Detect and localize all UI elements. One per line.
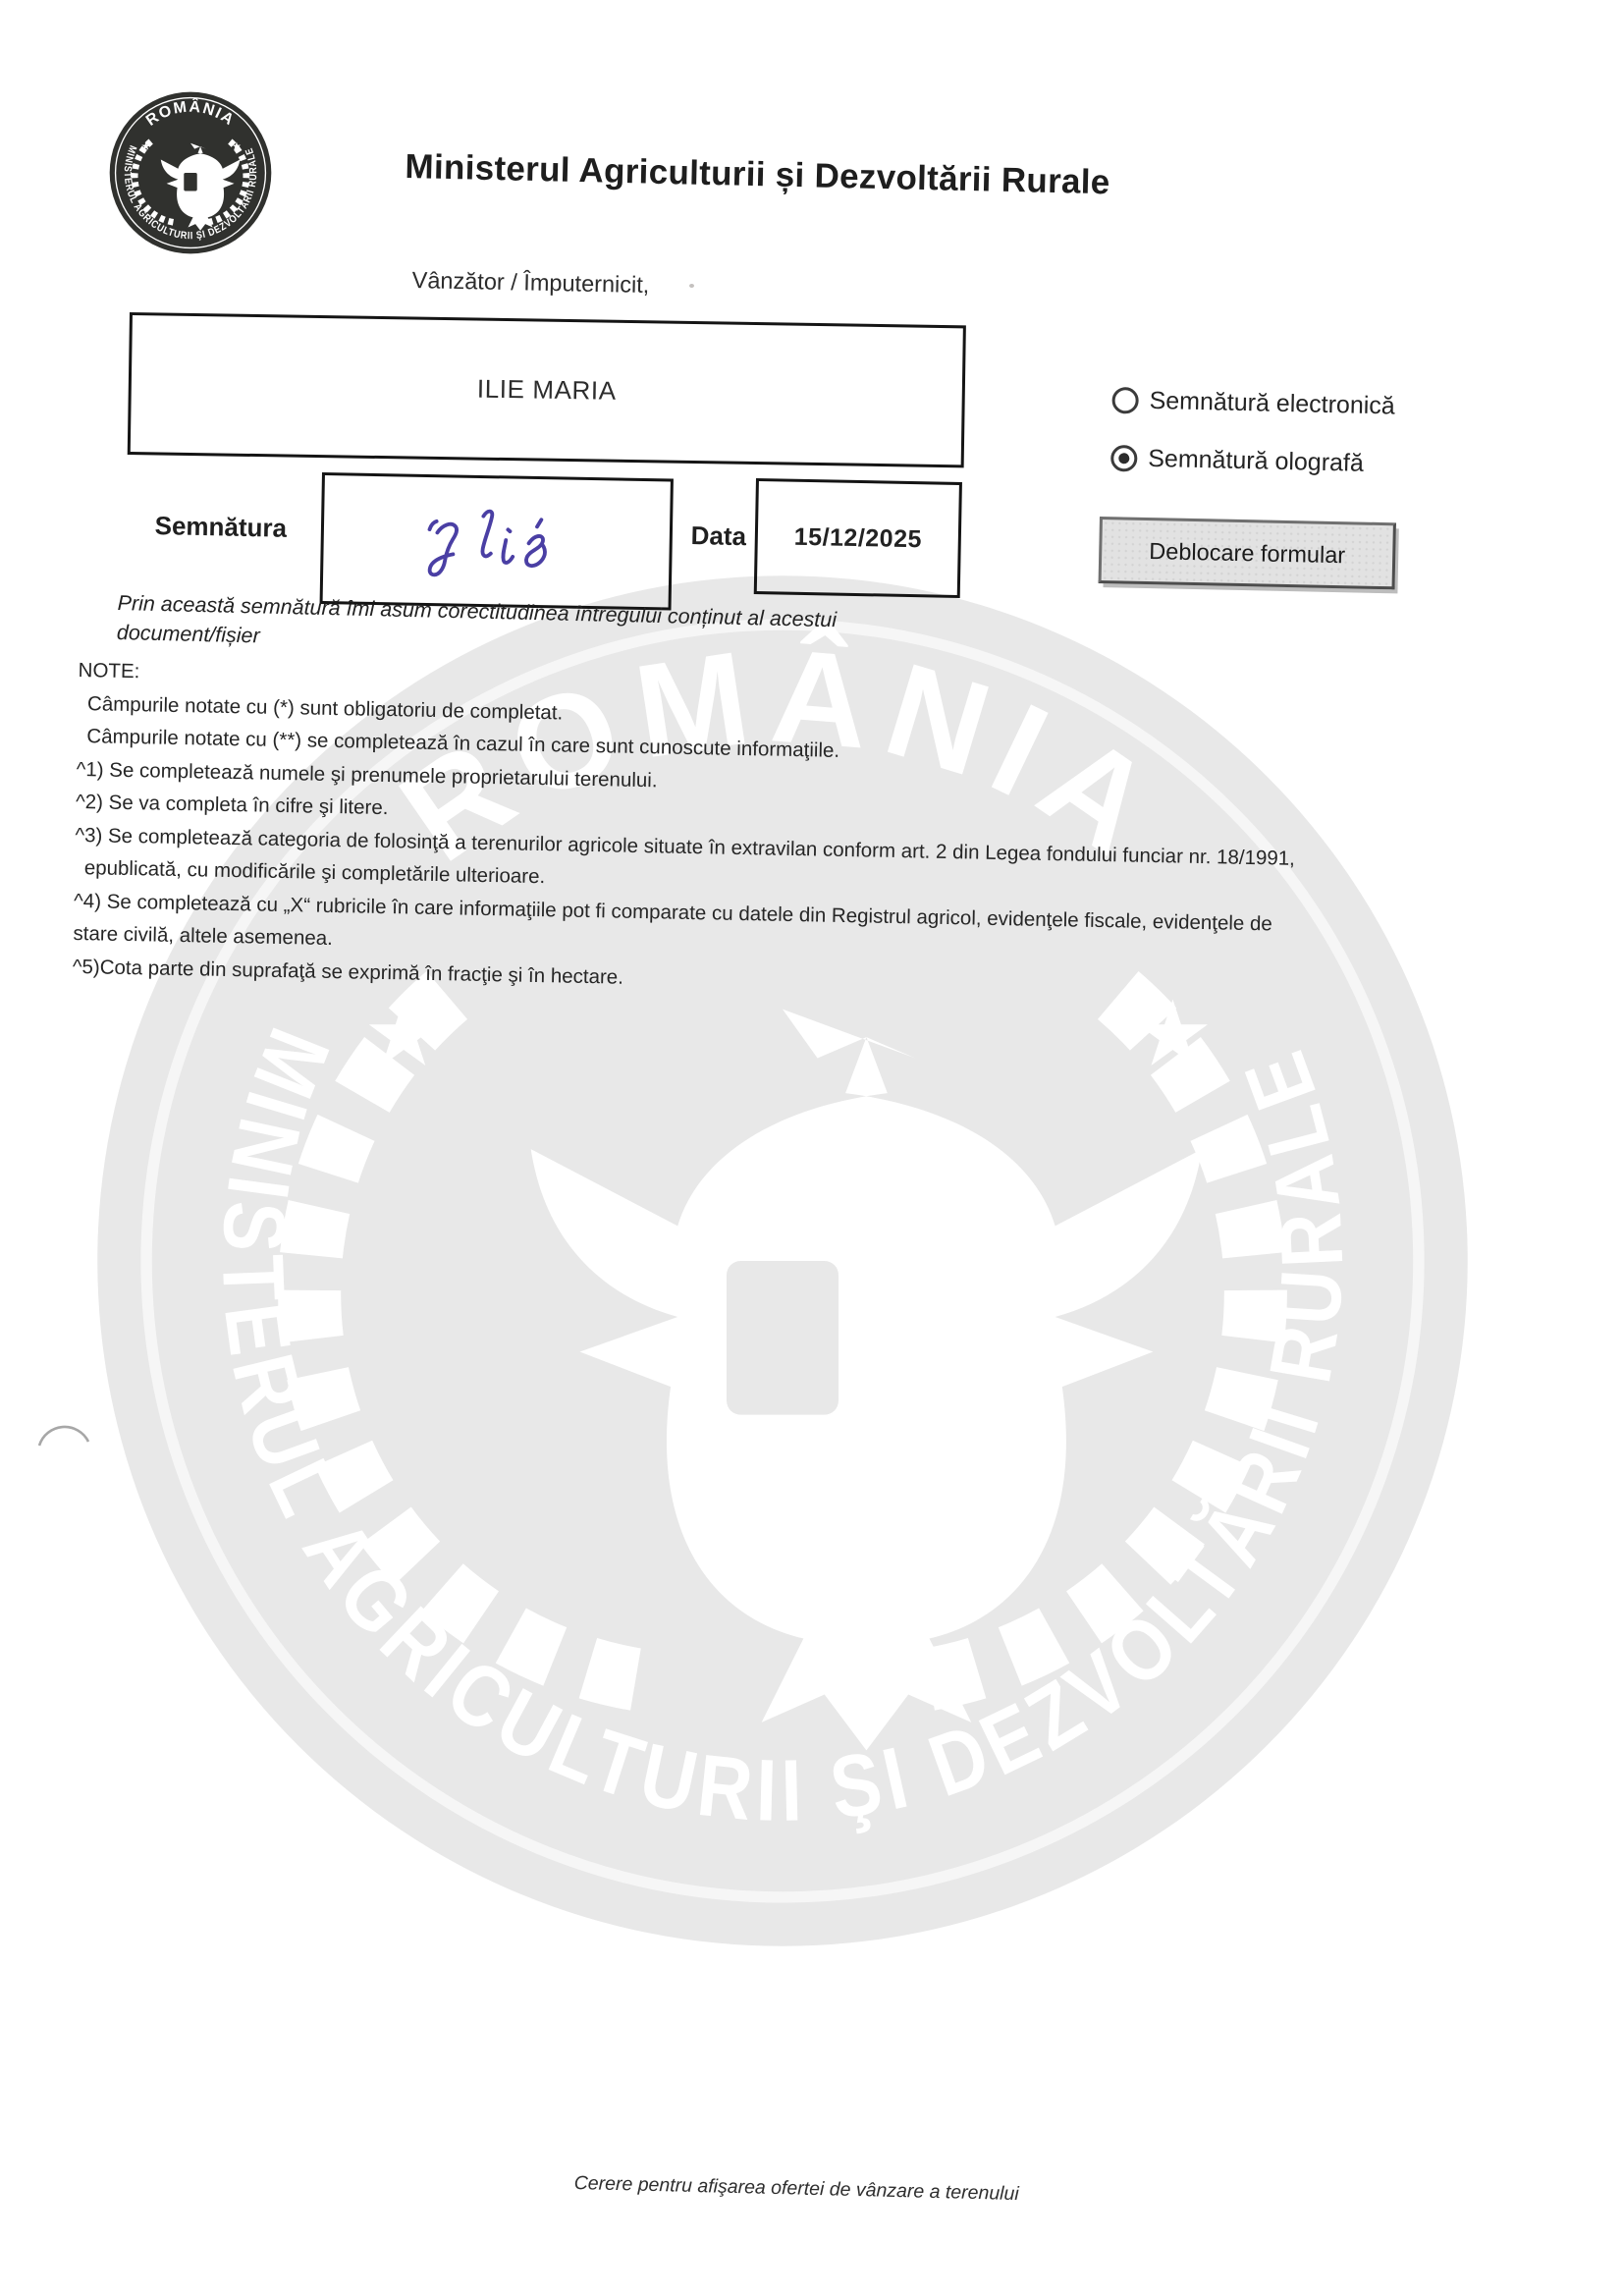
signature-ink xyxy=(402,490,600,597)
pen-mark-artifact xyxy=(35,1418,94,1449)
seller-name-value: ILIE MARIA xyxy=(477,374,617,407)
unlock-form-button-label: Deblocare formular xyxy=(1149,538,1345,569)
footer-caption: Cerere pentru afişarea ofertei de vânzar… xyxy=(573,2172,1019,2206)
seller-role-label: Vânzător / Împuternicit, xyxy=(411,267,649,299)
radio-option-label: Semnătură electronică xyxy=(1149,386,1395,420)
notes-section: NOTE: Câmpurile notate cu (*) sunt oblig… xyxy=(73,654,1299,1007)
seller-name-field[interactable]: ILIE MARIA xyxy=(128,312,966,467)
date-value: 15/12/2025 xyxy=(794,522,923,553)
radio-checked-icon[interactable] xyxy=(1110,444,1138,471)
radio-unchecked-icon[interactable] xyxy=(1111,386,1139,413)
eagle-shield xyxy=(184,173,196,191)
date-label: Data xyxy=(690,520,746,552)
unlock-form-button[interactable]: Deblocare formular xyxy=(1099,517,1396,589)
signature-field[interactable] xyxy=(320,472,674,611)
signature-disclaimer: Prin această semnătură îmi asum corectit… xyxy=(117,588,838,664)
ministry-seal-logo: ROMÂNIA ★ ★ MINISTERUL AGRICULTURII ŞI D… xyxy=(108,90,273,255)
signature-type-group: Semnătură electronică Semnătură olografă xyxy=(1109,385,1395,508)
date-field[interactable]: 15/12/2025 xyxy=(754,478,962,598)
scanned-form-page: ROMÂNIA ★ ★ MINISTERUL AGRICULTURII ŞI D… xyxy=(0,0,1623,2296)
radio-option-semnatura-electronica[interactable]: Semnătură electronică xyxy=(1111,385,1395,421)
page-title: Ministerul Agriculturii și Dezvoltării R… xyxy=(405,147,1110,202)
page-content: ROMÂNIA ★ ★ MINISTERUL AGRICULTURII ŞI D… xyxy=(0,0,1623,2296)
signature-label: Semnătura xyxy=(154,511,287,544)
radio-option-semnatura-olografa[interactable]: Semnătură olografă xyxy=(1110,443,1394,479)
radio-option-label: Semnătură olografă xyxy=(1148,444,1364,477)
scan-dot-artifact xyxy=(689,284,694,288)
